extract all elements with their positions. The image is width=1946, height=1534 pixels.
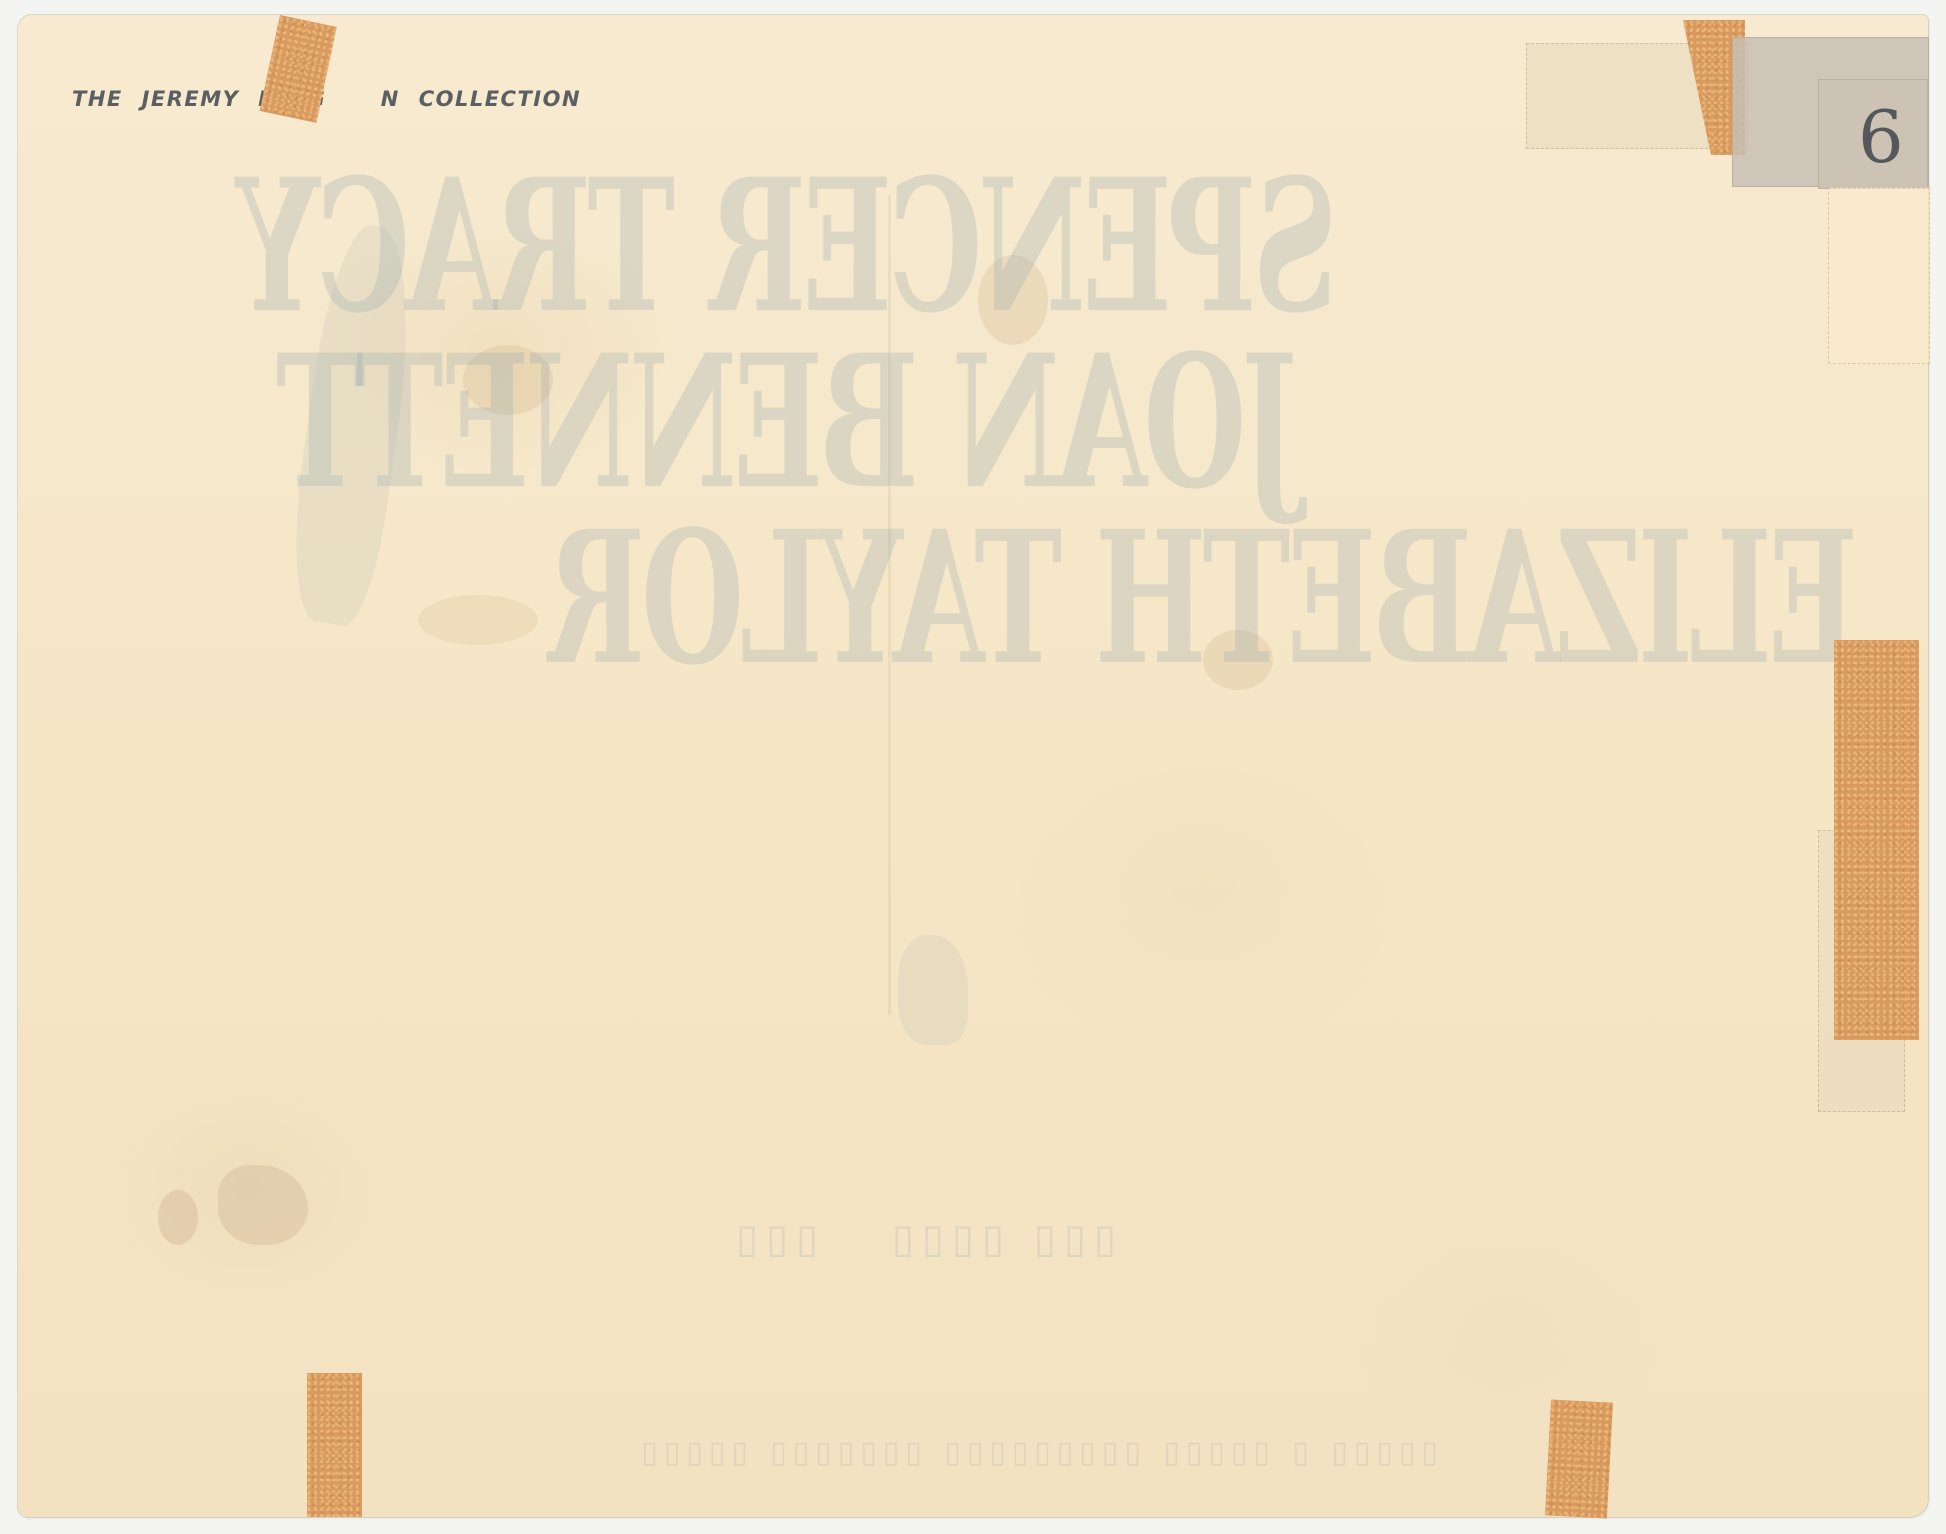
bleed-lower-credits: ▯▯▯▯▯ ▯ ▯▯▯▯▯ ▯▯▯▯▯▯▯▯▯ ▯▯▯▯▯▯▯ ▯▯▯▯▯ — [438, 1435, 1438, 1470]
tape-right-edge-brown — [1834, 640, 1919, 1040]
handwritten-number: 6 — [1858, 95, 1904, 179]
stain-left-middle — [418, 595, 538, 645]
tape-right-top-clear — [1828, 187, 1930, 364]
mirrored-bleedthrough-text: SPENCER TRACY JOAN BENNETT ELIZABETH TAY… — [858, 155, 1858, 683]
stamp-word-jeremy: JEREMY — [142, 87, 240, 111]
tape-bottom-right — [1545, 1399, 1613, 1518]
water-stain-lower-left-1 — [158, 1190, 198, 1245]
water-stain-lower-left-2 — [218, 1165, 308, 1245]
stamp-word-the: THE — [72, 87, 123, 111]
stamp-word-collection: COLLECTION — [419, 87, 581, 111]
lobby-card-back: THE JEREMY FERGUSON COLLECTION SPENCER T… — [18, 15, 1928, 1517]
bleed-lower-names: ▯▯▯ ▯▯▯▯ ▯▯▯ — [728, 1215, 1116, 1262]
bleed-figure-smudge — [898, 935, 968, 1045]
bleed-line-2: JOAN BENNETT — [858, 331, 1298, 514]
bleed-line-1: SPENCER TRACY — [858, 155, 1338, 338]
bleed-line-3: ELIZABETH TAYLOR — [858, 507, 1858, 690]
collection-stamp: THE JEREMY FERGUSON COLLECTION — [72, 87, 581, 111]
tape-bottom-left — [307, 1373, 362, 1517]
stamp-obscured-part: USO — [326, 87, 381, 111]
stamp-word-n: N — [381, 87, 400, 111]
